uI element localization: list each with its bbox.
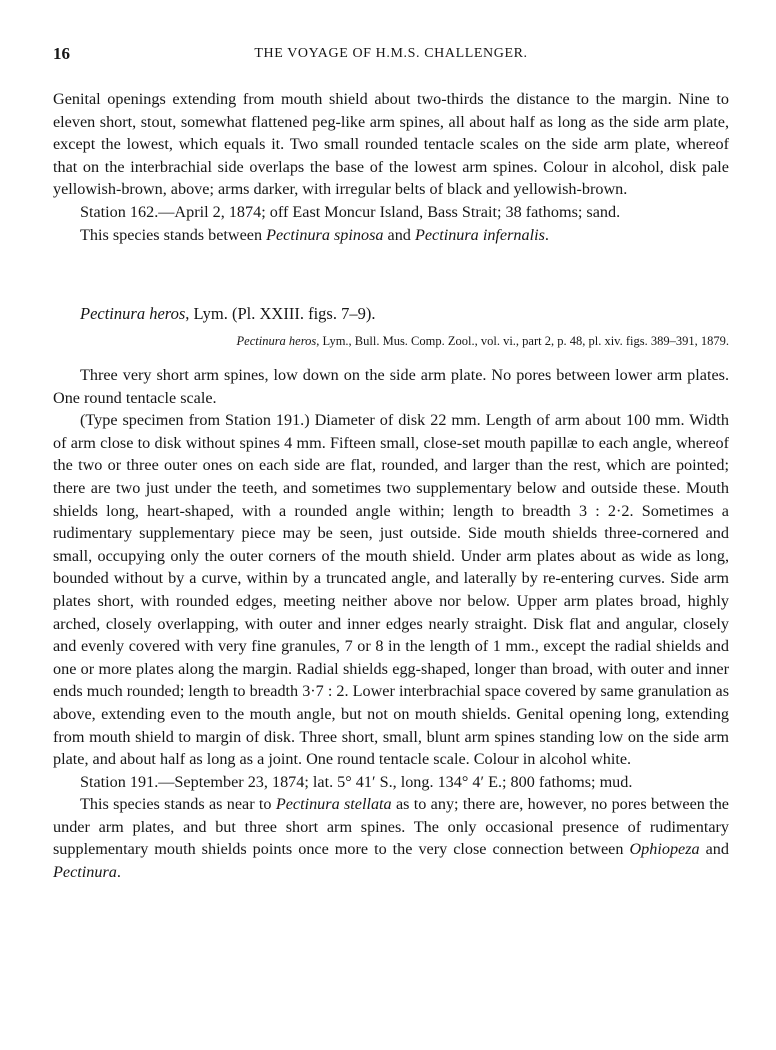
paragraph-station: Station 191.—September 23, 1874; lat. 5°…	[53, 771, 729, 794]
genus-name: Pectinura	[53, 863, 117, 881]
paragraph-diagnosis: Three very short arm spines, low down on…	[53, 364, 729, 409]
section-pectinura-heros: Three very short arm spines, low down on…	[53, 364, 729, 884]
citation-name: Pectinura heros	[237, 334, 317, 348]
species-name: Pectinura infernalis	[415, 226, 545, 244]
species-heading-name: Pectinura heros	[80, 304, 185, 323]
page-header: 16 THE VOYAGE OF H.M.S. CHALLENGER.	[53, 44, 729, 68]
species-name: Pectinura spinosa	[266, 226, 383, 244]
paragraph-station: Station 162.—April 2, 1874; off East Mon…	[53, 201, 729, 224]
paragraph-note: This species stands as near to Pectinura…	[53, 793, 729, 883]
species-name: Pectinura stellata	[276, 795, 392, 813]
genus-name: Ophiopeza	[629, 840, 699, 858]
paragraph-note: This species stands between Pectinura sp…	[53, 224, 729, 247]
citation: Pectinura heros, Lym., Bull. Mus. Comp. …	[237, 334, 729, 349]
running-title: THE VOYAGE OF H.M.S. CHALLENGER.	[53, 46, 729, 62]
paragraph-description: (Type specimen from Station 191.) Diamet…	[53, 409, 729, 771]
species-heading: Pectinura heros, Lym. (Pl. XXIII. figs. …	[80, 304, 375, 324]
section-previous-species: Genital openings extending from mouth sh…	[53, 88, 729, 246]
paragraph-description: Genital openings extending from mouth sh…	[53, 88, 729, 201]
